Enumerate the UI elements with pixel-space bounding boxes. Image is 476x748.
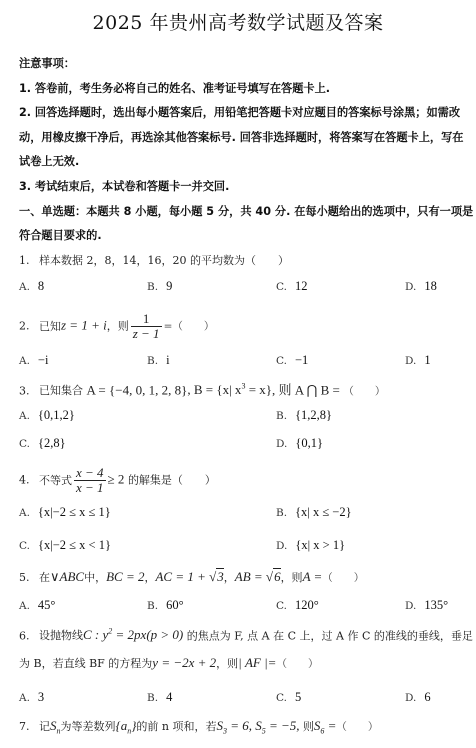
q4-option-c[interactable]: C.{x|−2 ≤ x < 1}	[19, 538, 111, 553]
math-condition: z = 1 + i	[61, 318, 107, 333]
set-b: , B = {x| x3 = x}	[187, 382, 272, 397]
q3-option-d[interactable]: D.{0,1}	[276, 436, 323, 451]
notice-line-3: 动，用橡皮擦干净后，再选涂其他答案标号. 回答非选择题时，将答案写在答题卡上，写…	[19, 131, 463, 145]
notice-heading: 注意事项：	[19, 57, 75, 71]
math-s3: S3 = 6,	[216, 718, 255, 733]
q2-option-a[interactable]: A.−i	[19, 353, 48, 368]
parabola-equation: C : y2 = 2px(p > 0)	[83, 627, 183, 642]
q4-option-b[interactable]: B.{x| x ≤ −2}	[276, 505, 352, 520]
question-number: 7.	[19, 720, 30, 733]
q6-option-d[interactable]: D.6	[405, 690, 431, 705]
math-s6: S6 =	[314, 718, 337, 733]
q6-option-a[interactable]: A.3	[19, 690, 44, 705]
question-1: 1. 样本数据 2，8，14，16，20 的平均数为（ ）	[19, 254, 289, 268]
fraction: x − 4x − 1	[74, 466, 106, 495]
notice-line-1: 1. 答卷前，考生务必将自己的姓名、准考证号填写在答题卡上.	[19, 82, 330, 96]
set-a: A = {−4, 0, 1, 2, 8}	[87, 382, 188, 397]
fraction: 1z − 1	[131, 312, 162, 341]
q1-option-b[interactable]: B.9	[147, 279, 172, 294]
section-heading-line-2: 符合题目要求的.	[19, 229, 102, 243]
q4-option-d[interactable]: D.{x| x > 1}	[276, 538, 345, 553]
question-text: 样本数据 2，8，14，16，20 的平均数为（ ）	[39, 254, 289, 267]
question-6-line-2: 为 B，若直线 BF 的方程为y = −2x + 2，则| AF |=（ ）	[19, 656, 318, 671]
question-number: 2.	[19, 320, 30, 333]
q4-option-a[interactable]: A.{x|−2 ≤ x ≤ 1}	[19, 505, 111, 520]
q6-option-c[interactable]: C.5	[276, 690, 301, 705]
q1-option-a[interactable]: A.8	[19, 279, 44, 294]
triangle-abc: ∨ABC	[50, 569, 84, 584]
q3-option-b[interactable]: B.{1,2,8}	[276, 408, 332, 423]
question-2: 2. 已知z = 1 + i，则1z − 1=（ ）	[19, 312, 214, 341]
page-title: 2025 年贵州高考数学试题及答案	[0, 8, 476, 35]
math-sn: Sn	[50, 718, 61, 733]
notice-line-2: 2. 回答选择题时，选出每小题答案后，用铅笔把答题卡对应题目的答案标号涂黑；如需…	[19, 106, 460, 120]
question-number: 1.	[19, 254, 30, 267]
q2-option-d[interactable]: D.1	[405, 353, 431, 368]
q5-option-c[interactable]: C.120°	[276, 598, 319, 613]
q1-option-d[interactable]: D.18	[405, 279, 437, 294]
q2-option-b[interactable]: B.i	[147, 353, 170, 368]
question-number: 6.	[19, 629, 30, 642]
notice-line-4: 试卷上无效.	[19, 155, 79, 169]
question-number: 4.	[19, 474, 30, 487]
line-equation: y = −2x + 2	[152, 655, 216, 670]
question-number: 5.	[19, 571, 30, 584]
section-heading-line-1: 一、单选题：本题共 8 小题，每小题 5 分，共 40 分. 在每小题给出的选项…	[19, 205, 473, 219]
question-3: 3. 已知集合 A = {−4, 0, 1, 2, 8}, B = {x| x3…	[19, 380, 385, 398]
q5-option-b[interactable]: B.60°	[147, 598, 184, 613]
question-5: 5. 在∨ABC中，BC = 2，AC = 1 + √3，AB = √6，则A …	[19, 570, 364, 585]
q6-option-b[interactable]: B.4	[147, 690, 172, 705]
math-ac: AC = 1 + √3	[155, 568, 223, 584]
q3-option-a[interactable]: A.{0,1,2}	[19, 408, 75, 423]
exam-page: 2025 年贵州高考数学试题及答案 注意事项： 1. 答卷前，考生务必将自己的姓…	[0, 0, 476, 748]
question-4: 4. 不等式x − 4x − 1≥ 2 的解集是（ ）	[19, 466, 216, 495]
q2-option-c[interactable]: C.−1	[276, 353, 308, 368]
q5-option-d[interactable]: D.135°	[405, 598, 448, 613]
q5-option-a[interactable]: A.45°	[19, 598, 55, 613]
question-7: 7. 记Sn为等差数列{an}的前 n 项和，若S3 = 6, S5 = −5,…	[19, 719, 378, 739]
notice-line-5: 3. 考试结束后，本试卷和答题卡一并交回.	[19, 180, 229, 194]
q3-option-c[interactable]: C.{2,8}	[19, 436, 66, 451]
math-an: {an}	[116, 718, 137, 733]
q1-option-c[interactable]: C.12	[276, 279, 308, 294]
math-s5: S5 = −5,	[255, 718, 303, 733]
math-ab: AB = √6	[235, 568, 281, 584]
question-6-line-1: 6. 设抛物线C : y2 = 2px(p > 0) 的焦点为 F, 点 A 在…	[19, 625, 473, 643]
question-number: 3.	[19, 384, 30, 397]
